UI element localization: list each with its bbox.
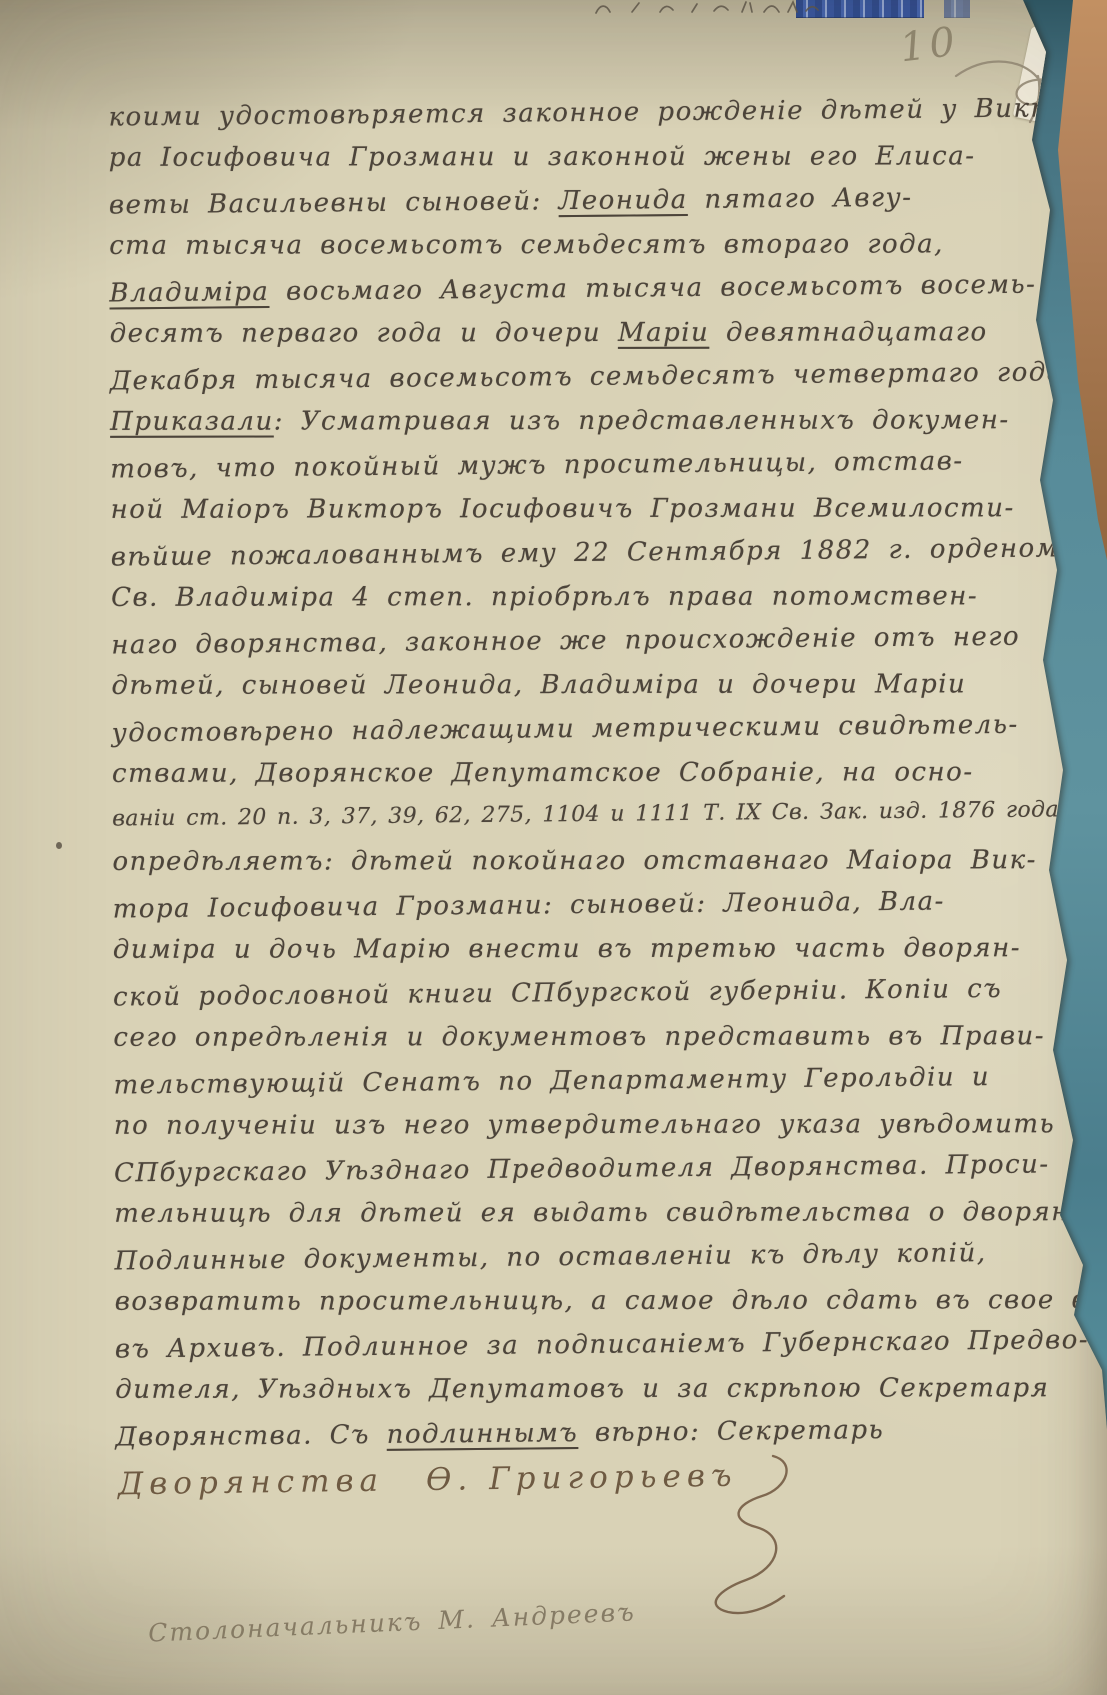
handwritten-line: ваніи ст. 20 п. 3, 37, 39, 62, 275, 1104…	[112, 798, 1047, 851]
photo-of-archival-document: 10 коими удостовѣряется законное рождені…	[0, 0, 1107, 1695]
paper-wrap: 10 коими удостовѣряется законное рождені…	[0, 0, 1107, 1695]
handwritten-line: опредѣляетъ: дѣтей покойнаго отставнаго …	[112, 845, 1047, 891]
handwritten-line: Св. Владиміра 4 степ. пріобрѣлъ права по…	[111, 581, 1046, 627]
handwritten-line: ной Маіоръ Викторъ Іосифовичъ Грозмани В…	[111, 493, 1046, 539]
handwritten-line: тельницѣ для дѣтей ея выдать свидѣтельст…	[114, 1197, 1049, 1243]
handwritten-line: дителя, Уѣздныхъ Депутатовъ и за скрѣпою…	[115, 1373, 1050, 1419]
handwritten-line: возвратить просительницѣ, а самое дѣло с…	[115, 1285, 1050, 1331]
paper-sheet: 10 коими удостовѣряется законное рождені…	[0, 0, 1107, 1695]
handwritten-line: по полученіи изъ него утвердительнаго ук…	[114, 1109, 1049, 1155]
handwritten-line: ской родословной книги СПбургской губерн…	[113, 974, 1048, 1027]
handwritten-line: въ Архивъ. Подлинное за подписаніемъ Губ…	[115, 1326, 1050, 1379]
handwritten-line: тельствующій Сенатъ по Департаменту Геро…	[113, 1062, 1048, 1115]
handwritten-line: диміра и дочь Марію внести въ третью час…	[113, 933, 1048, 979]
signature-flourish	[688, 1450, 818, 1634]
handwritten-line: коими удостовѣряется законное рожденіе д…	[108, 94, 1043, 147]
secretary-signature: ДворянстваѲ. Григорьевъ	[118, 1458, 738, 1503]
cut-off-handwriting-fragment	[588, 0, 838, 18]
handwritten-line: тора Іосифовича Грозмани: сыновей: Леони…	[113, 886, 1048, 939]
handwritten-line: Приказали: Усматривая изъ представленных…	[110, 405, 1045, 451]
handwritten-line: сего опредѣленія и документовъ представи…	[113, 1021, 1048, 1067]
handwritten-line: десятъ перваго года и дочери Маріи девят…	[110, 317, 1045, 363]
handwritten-line: дѣтей, сыновей Леонида, Владиміра и доче…	[112, 669, 1047, 715]
handwritten-line: Декабря тысяча восемьсотъ семьдесятъ чет…	[110, 358, 1045, 411]
handwritten-line: Подлинные документы, по оставленіи къ дѣ…	[114, 1238, 1049, 1291]
margin-ink-dot	[56, 842, 62, 849]
stamp-fragment-small	[944, 0, 970, 18]
handwritten-line: ста тысяча восемьсотъ семьдесятъ втораго…	[109, 229, 1044, 275]
clerk-signature-line: Столоначальникъ М. Андреевъ	[148, 1597, 637, 1647]
signature-prefix: Дворянства	[118, 1463, 384, 1503]
handwritten-line: вѣйше пожалованнымъ ему 22 Сентября 1882…	[111, 534, 1046, 587]
handwritten-line: ра Іосифовича Грозмани и законной жены е…	[109, 141, 1044, 187]
handwriting-block: коими удостовѣряется законное рожденіе д…	[108, 96, 1050, 1465]
handwritten-line: Дворянства. Съ подлиннымъ вѣрно: Секрета…	[115, 1414, 1050, 1467]
handwritten-line: веты Васильевны сыновей: Леонида пятаго …	[109, 182, 1044, 235]
handwritten-line: ствами, Дворянское Депутатское Собраніе,…	[112, 757, 1047, 803]
handwritten-line: товъ, что покойный мужъ просительницы, о…	[110, 446, 1045, 499]
handwritten-line: СПбургскаго Уѣзднаго Предводителя Дворян…	[114, 1150, 1049, 1203]
handwritten-line: удостовѣрено надлежащими метрическими св…	[112, 710, 1047, 763]
handwritten-line: Владиміра восьмаго Августа тысяча восемь…	[109, 270, 1044, 323]
handwritten-line: наго дворянства, законное же происхожден…	[111, 622, 1046, 675]
